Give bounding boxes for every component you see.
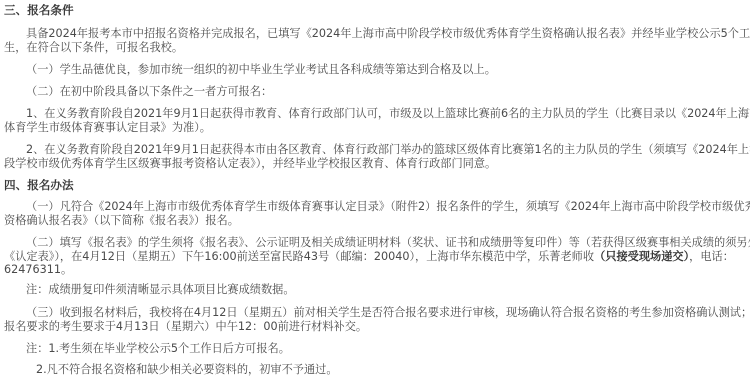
note-publicity-period: 注：1.考生须在毕业学校公示5个工作日后方可报名。: [26, 342, 290, 356]
method-one-line1: （一）凡符合《2024年上海市市级优秀体育学生市级体育赛事认定目录》（附件2）报…: [26, 200, 750, 214]
section-heading-conditions: 三、报名条件: [4, 3, 74, 17]
note-incomplete-materials: 2.凡不符合报名资格和缺少相关必要资料的，初审不予通过。: [36, 363, 338, 376]
condition-one: （一）学生品德优良，参加市统一组织的初中毕业生学业考试且各科成绩等第达到合格及以…: [26, 63, 496, 77]
condition-two-item1-line2: 体育学生市级体育赛事认定目录》为准）。: [4, 121, 211, 135]
method-one-line2: 资格确认报名表》（以下简称《报名表》）报名。: [4, 214, 239, 228]
method-three-line1: （三）收到报名材料后，我校将在4月12日（星期五）前对相关学生是否符合报名要求进…: [26, 306, 750, 320]
method-two-line1: （二）填写《报名表》的学生须将《报名表》、公示证明及相关成绩证明材料（奖状、证书…: [26, 236, 750, 250]
condition-two-item1-line1: 1、在义务教育阶段自2021年9月1日起获得市教育、体育行政部门认可，市级及以上…: [26, 107, 750, 121]
phone-label: ，电话：: [689, 250, 734, 263]
note-transcript-copy: 注：成绩册复印件须清晰显示具体项目比赛成绩数据。: [26, 283, 295, 297]
onsite-only-notice: （只接受现场递交）: [594, 250, 689, 263]
phone-number: 62476311。: [4, 263, 72, 277]
condition-two-item2-line1: 2、在义务教育阶段自2021年9月1日起获得本市由各区教育、体育行政部门举办的篮…: [26, 143, 750, 157]
method-three-line2: 报名要求的考生要求于4月13日（星期六）中午12：00前进行材料补交。: [4, 320, 367, 334]
paragraph-eligibility-line2: 生，在符合以下条件，可报名我校。: [4, 41, 183, 55]
condition-two-item2-line2: 段学校市级优秀体育学生区级赛事报考资格认定表》），并经毕业学校报区教育、体育行政…: [4, 157, 496, 171]
paragraph-eligibility-line1: 具备2024年报考本市中招报名资格并完成报名，已填写《2024年上海市高中阶段学…: [26, 27, 750, 41]
condition-two: （二）在初中阶段具备以下条件之一者方可报名：: [26, 85, 272, 99]
method-two-line2-text: 《认定表》），在4月12日（星期五）下午16:00前送至富民路43号（邮编：20…: [4, 250, 594, 263]
section-heading-method: 四、报名办法: [4, 178, 74, 192]
method-two-line2: 《认定表》），在4月12日（星期五）下午16:00前送至富民路43号（邮编：20…: [4, 250, 734, 264]
